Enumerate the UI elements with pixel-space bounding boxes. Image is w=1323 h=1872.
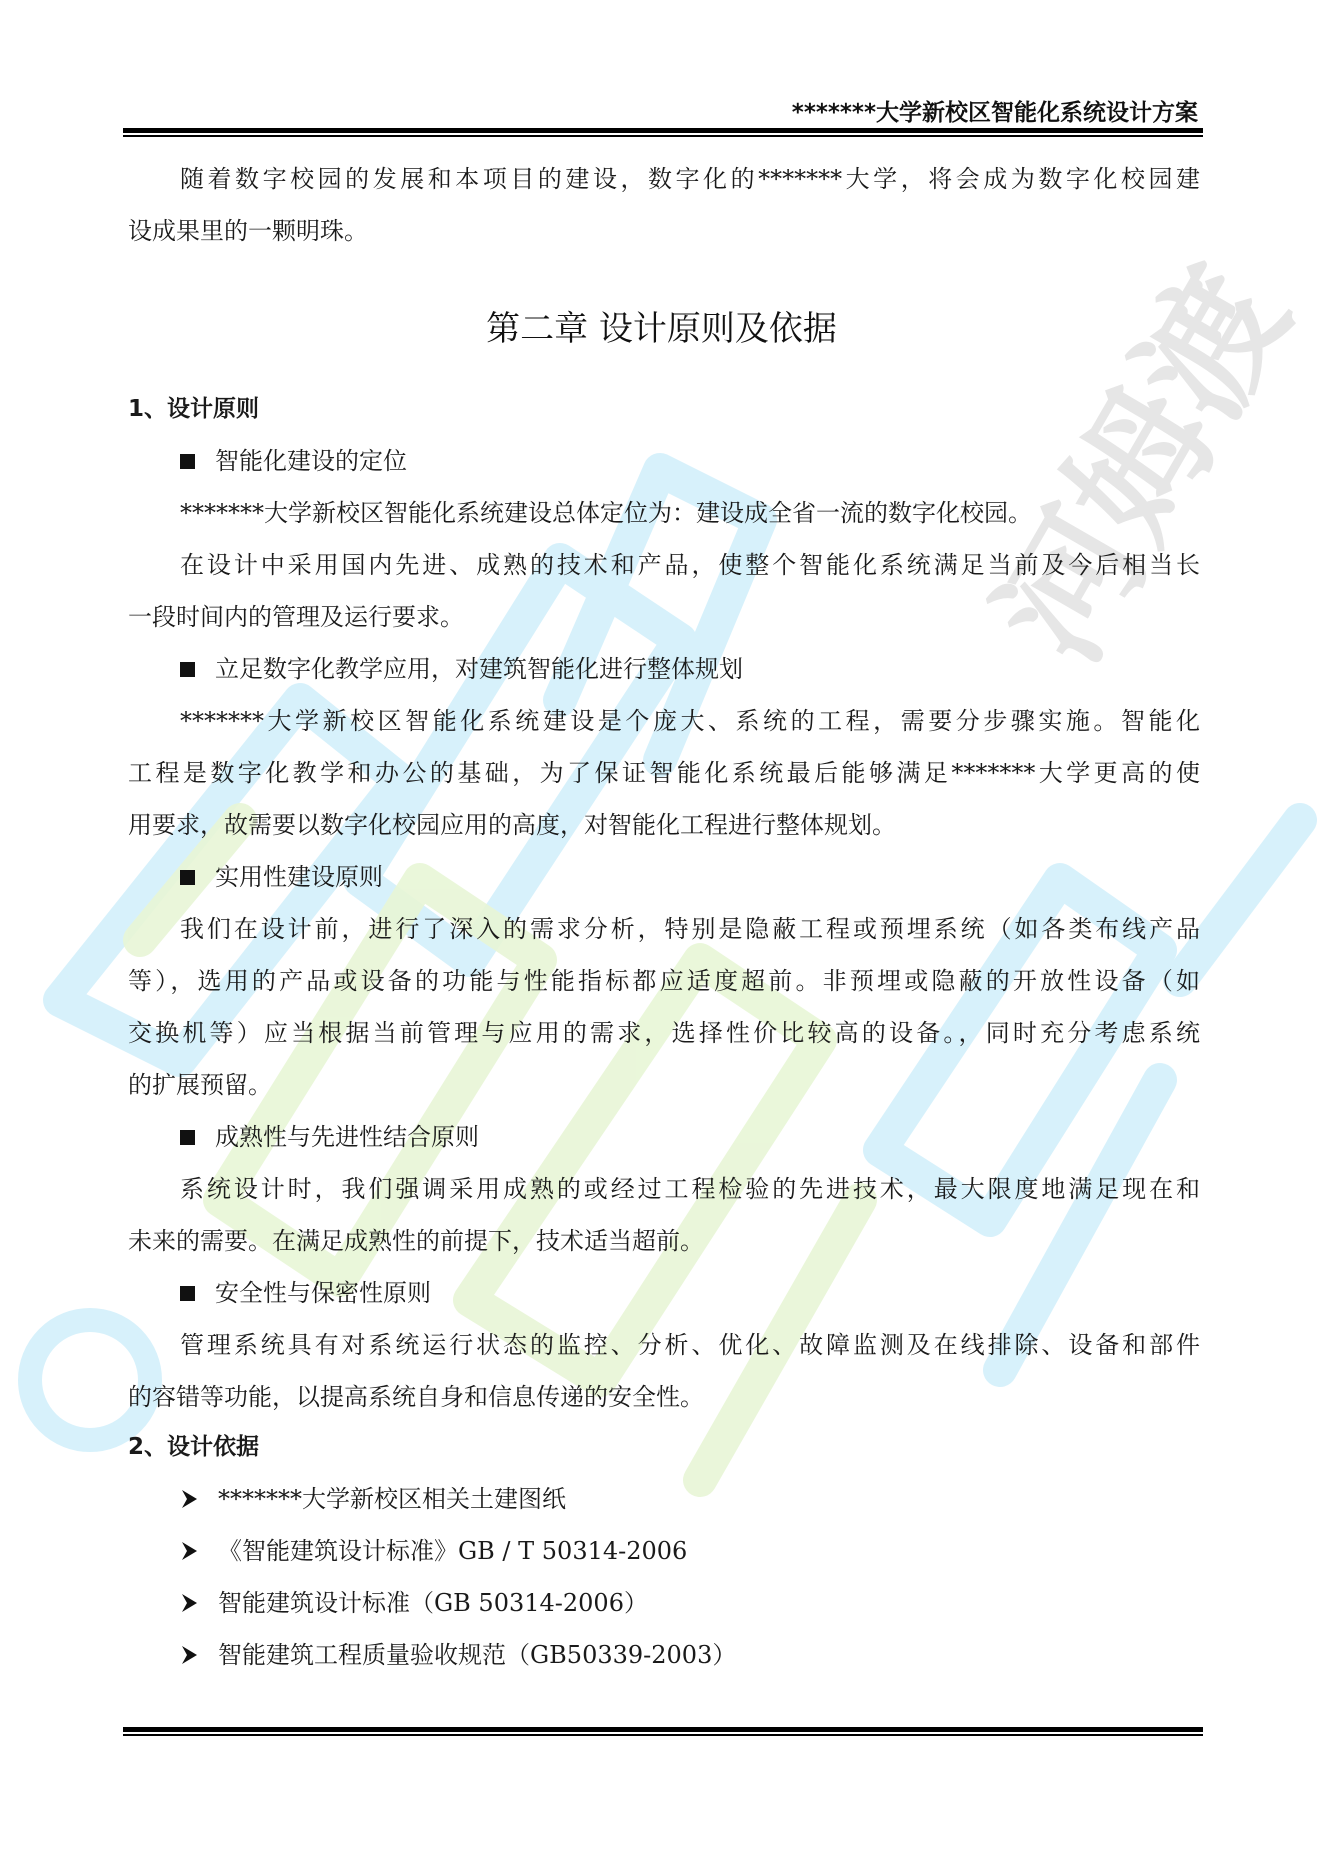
paragraph-line: *******大学新校区智能化系统建设是个庞大、系统的工程，需要分步骤实施。智能… [180,706,1200,736]
paragraph-line: 的容错等功能，以提高系统自身和信息传递的安全性。 [128,1382,1200,1412]
square-bullet-icon [180,1286,195,1301]
paragraph-line: *******大学新校区智能化系统建设总体定位为：建设成全省一流的数字化校园。 [180,498,1200,528]
basis-item: 《智能建筑设计标准》GB / T 50314-2006 [180,1536,687,1566]
square-bullet-icon [180,662,195,677]
section-heading-design-basis: 2、设计依据 [128,1432,1200,1462]
arrowhead-bullet-icon [180,1593,198,1613]
paragraph-line: 用要求，故需要以数字化校园应用的高度，对智能化工程进行整体规划。 [128,810,1200,840]
square-bullet-icon [180,870,195,885]
arrowhead-bullet-icon [180,1645,198,1665]
paragraph-line: 的扩展预留。 [128,1070,1200,1100]
intro-line-2: 设成果里的一颗明珠。 [128,216,1200,246]
bullet-label: 立足数字化教学应用，对建筑智能化进行整体规划 [215,654,743,684]
document-page: 河姆渡 *******大学新校区智能化系统设计方案 随着数字校园的发展和本项目的… [0,0,1323,1872]
bullet-positioning: 智能化建设的定位 [180,446,407,476]
chapter-title: 第二章 设计原则及依据 [0,308,1323,350]
header-rule-thick [123,128,1203,133]
basis-item-label: 《智能建筑设计标准》GB / T 50314-2006 [218,1536,687,1566]
paragraph-line: 工程是数字化教学和办公的基础，为了保证智能化系统最后能够满足*******大学更… [128,758,1200,788]
footer-rule-thin [123,1734,1203,1736]
basis-item: *******大学新校区相关土建图纸 [180,1484,566,1514]
bullet-maturity-advancement: 成熟性与先进性结合原则 [180,1122,479,1152]
basis-item-label: 智能建筑设计标准（GB 50314-2006） [218,1588,648,1618]
paragraph-line: 我们在设计前，进行了深入的需求分析，特别是隐蔽工程或预埋系统（如各类布线产品 [180,914,1200,944]
basis-item-label: *******大学新校区相关土建图纸 [218,1484,566,1514]
basis-item-label: 智能建筑工程质量验收规范（GB50339-2003） [218,1640,736,1670]
square-bullet-icon [180,454,195,469]
paragraph-line: 系统设计时，我们强调采用成熟的或经过工程检验的先进技术，最大限度地满足现在和 [180,1174,1200,1204]
paragraph-line: 未来的需要。在满足成熟性的前提下，技术适当超前。 [128,1226,1200,1256]
bullet-security: 安全性与保密性原则 [180,1278,431,1308]
basis-item: 智能建筑工程质量验收规范（GB50339-2003） [180,1640,736,1670]
paragraph-line: 一段时间内的管理及运行要求。 [128,602,1200,632]
document-header-title: *******大学新校区智能化系统设计方案 [792,94,1198,127]
arrowhead-bullet-icon [180,1541,198,1561]
bullet-label: 实用性建设原则 [215,862,383,892]
bullet-label: 成熟性与先进性结合原则 [215,1122,479,1152]
paragraph-line: 等），选用的产品或设备的功能与性能指标都应适度超前。非预埋或隐蔽的开放性设备（如 [128,966,1200,996]
bullet-practicality: 实用性建设原则 [180,862,383,892]
paragraph-line: 交换机等）应当根据当前管理与应用的需求，选择性价比较高的设备。，同时充分考虑系统 [128,1018,1200,1048]
arrowhead-bullet-icon [180,1489,198,1509]
bullet-label: 安全性与保密性原则 [215,1278,431,1308]
section-heading-design-principles: 1、设计原则 [128,394,1200,424]
bullet-label: 智能化建设的定位 [215,446,407,476]
square-bullet-icon [180,1130,195,1145]
header-rule-thin [123,135,1203,137]
paragraph-line: 管理系统具有对系统运行状态的监控、分析、优化、故障监测及在线排除、设备和部件 [180,1330,1200,1360]
paragraph-line: 在设计中采用国内先进、成熟的技术和产品，使整个智能化系统满足当前及今后相当长 [180,550,1200,580]
intro-line-1: 随着数字校园的发展和本项目的建设，数字化的*******大学，将会成为数字化校园… [180,164,1200,194]
footer-rule-thick [123,1727,1203,1732]
bullet-overall-planning: 立足数字化教学应用，对建筑智能化进行整体规划 [180,654,743,684]
basis-item: 智能建筑设计标准（GB 50314-2006） [180,1588,648,1618]
